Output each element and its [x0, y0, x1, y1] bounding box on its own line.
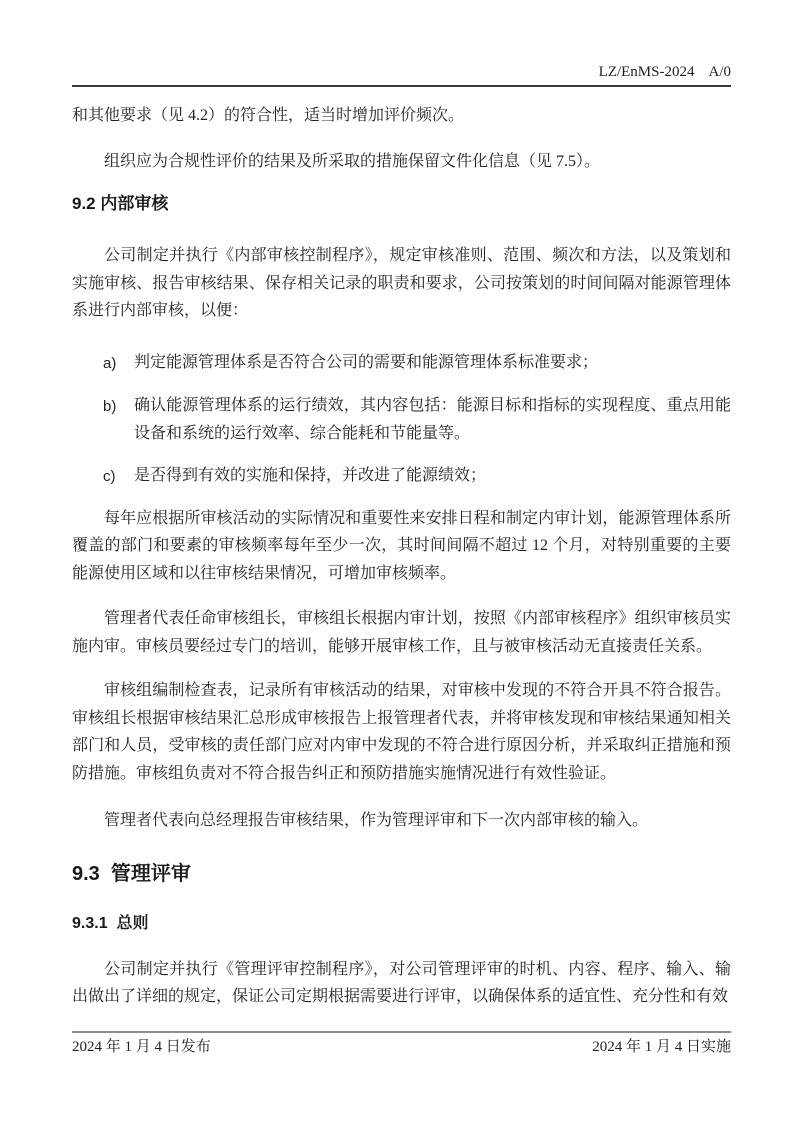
page-footer: 2024 年 1 月 4 日发布 2024 年 1 月 4 日实施	[72, 1031, 731, 1057]
footer-rule	[72, 1031, 731, 1033]
paragraph-compliance-continuation: 和其他要求（见 4.2）的符合性，适当时增加评价频次。	[72, 102, 731, 130]
header-rule	[72, 85, 731, 87]
section-heading-9-3-management-review: 9.3 管理评审	[72, 861, 731, 887]
footer-dates-row: 2024 年 1 月 4 日发布 2024 年 1 月 4 日实施	[72, 1037, 731, 1057]
list-marker-b: b)	[103, 393, 116, 421]
paragraph-management-review-procedure: 公司制定并执行《管理评审控制程序》，对公司管理评审的时机、内容、程序、输入、输出…	[72, 956, 731, 1011]
paragraph-audit-team-leader: 管理者代表任命审核组长，审核组长根据内审计划，按照《内部审核程序》组织审核员实施…	[72, 605, 731, 660]
list-item-c: c) 是否得到有效的实施和保持，并改进了能源绩效；	[72, 462, 731, 490]
list-item-a: a) 判定能源管理体系是否符合公司的需要和能源管理体系标准要求；	[72, 349, 731, 377]
paragraph-audit-checklist-report: 审核组编制检查表，记录所有审核活动的结果，对审核中发现的不符合开具不符合报告。审…	[72, 677, 731, 787]
paragraph-audit-frequency: 每年应根据所审核活动的实际情况和重要性来安排日程和制定内审计划，能源管理体系所覆…	[72, 505, 731, 588]
release-date: 2024 年 1 月 4 日发布	[72, 1037, 211, 1057]
list-marker-a: a)	[103, 350, 116, 378]
document-number: LZ/EnMS-2024	[599, 64, 695, 80]
document-content: LZ/EnMS-2024A/0 和其他要求（见 4.2）的符合性，适当时增加评价…	[0, 0, 800, 1011]
paragraph-report-to-gm: 管理者代表向总经理报告审核结果，作为管理评审和下一次内部审核的输入。	[72, 807, 731, 835]
list-marker-c: c)	[103, 463, 116, 491]
paragraph-documented-info: 组织应为合规性评价的结果及所采取的措施保留文件化信息（见 7.5）。	[72, 148, 731, 176]
section-heading-9-3-1-general: 9.3.1 总则	[72, 913, 731, 934]
implementation-date: 2024 年 1 月 4 日实施	[592, 1037, 731, 1057]
section-heading-9-2-internal-audit: 9.2 内部审核	[72, 193, 731, 215]
page-header: LZ/EnMS-2024A/0	[72, 0, 731, 82]
list-item-b: b) 确认能源管理体系的运行绩效，其内容包括：能源目标和指标的实现程度、重点用能…	[72, 392, 731, 447]
list-item-a-text: 判定能源管理体系是否符合公司的需要和能源管理体系标准要求；	[134, 354, 598, 371]
list-item-c-text: 是否得到有效的实施和保持，并改进了能源绩效；	[134, 467, 486, 484]
document-page: LZ/EnMS-2024A/0 和其他要求（见 4.2）的符合性，适当时增加评价…	[0, 0, 800, 1130]
revision-number: A/0	[709, 62, 732, 82]
paragraph-internal-audit-procedure: 公司制定并执行《内部审核控制程序》，规定审核准则、范围、频次和方法，以及策划和实…	[72, 242, 731, 325]
list-item-b-text: 确认能源管理体系的运行绩效，其内容包括：能源目标和指标的实现程度、重点用能设备和…	[134, 397, 731, 442]
